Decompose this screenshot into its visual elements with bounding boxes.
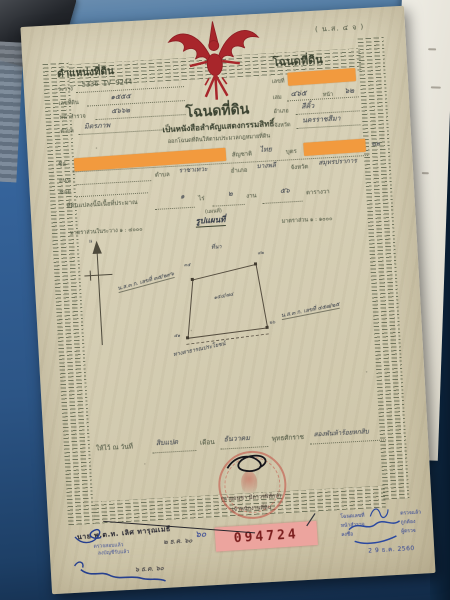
addr-province-label: จังหวัด <box>291 164 309 172</box>
owner-line-suffix: ๒๒ <box>371 140 380 148</box>
right-stamp-row3-right: ผู้ตรวจ <box>401 529 416 535</box>
serial-prefix-handwritten: ๖๐ <box>195 531 207 542</box>
addr-amphoe-label: อำเภอ <box>231 168 248 176</box>
serial-number: 094724 <box>215 526 318 548</box>
faint-text-mark <box>431 86 441 88</box>
land-title-deed-paper: ( น.ส. ๔ จ ) ตำแหน่งที่ดิน ระวาง 5336 IV… <box>20 6 435 595</box>
north-letter: น <box>88 240 92 246</box>
corner-label: ๔๒ <box>257 252 264 257</box>
corner-label: ๒๖ <box>269 321 275 326</box>
right-stamp-row1-right: ตรวจแล้ว <box>400 511 421 518</box>
addr-amphoe-value: บางพลี <box>256 162 276 170</box>
issue-month-label: เดือน <box>200 439 215 447</box>
area-rai-value: ๑ <box>180 193 185 201</box>
photo-of-land-deed: ( น.ส. ๔ จ ) ตำแหน่งที่ดิน ระวาง 5336 IV… <box>0 0 450 600</box>
ravang-label: ระวาง <box>58 86 73 93</box>
map-top-note: ที่นา <box>211 244 222 251</box>
owner-name-label: ชื่อ <box>58 162 66 169</box>
faint-text-mark <box>422 172 429 174</box>
area-ngan-label: งาน <box>246 193 257 200</box>
metal-edge <box>0 41 24 182</box>
soi-label: ซอย <box>60 190 72 197</box>
right-stamp-row3-left: ลงชื่อ <box>341 532 353 538</box>
map-zone-label: รูปแผนที่ <box>195 216 225 227</box>
corner-label: ๕๑ <box>174 335 181 340</box>
deed-no-label: เลขที่ <box>272 79 285 86</box>
road-label: ถนน <box>59 178 71 185</box>
area-wa-value: ๕๖ <box>280 187 290 195</box>
area-ngan-value: ๒ <box>228 191 233 199</box>
corner-label: ๓๕ <box>184 264 191 269</box>
parcel-no-label: เลขที่ดิน <box>59 100 79 107</box>
area-wa-label: ตารางวา <box>306 189 330 197</box>
area-rai-label: ไร่ <box>198 196 205 203</box>
right-stamp-row2-right: ถูกต้อง <box>401 520 416 526</box>
addr-tambon-label: ตำบล <box>155 172 170 179</box>
faint-text-mark <box>428 48 436 50</box>
